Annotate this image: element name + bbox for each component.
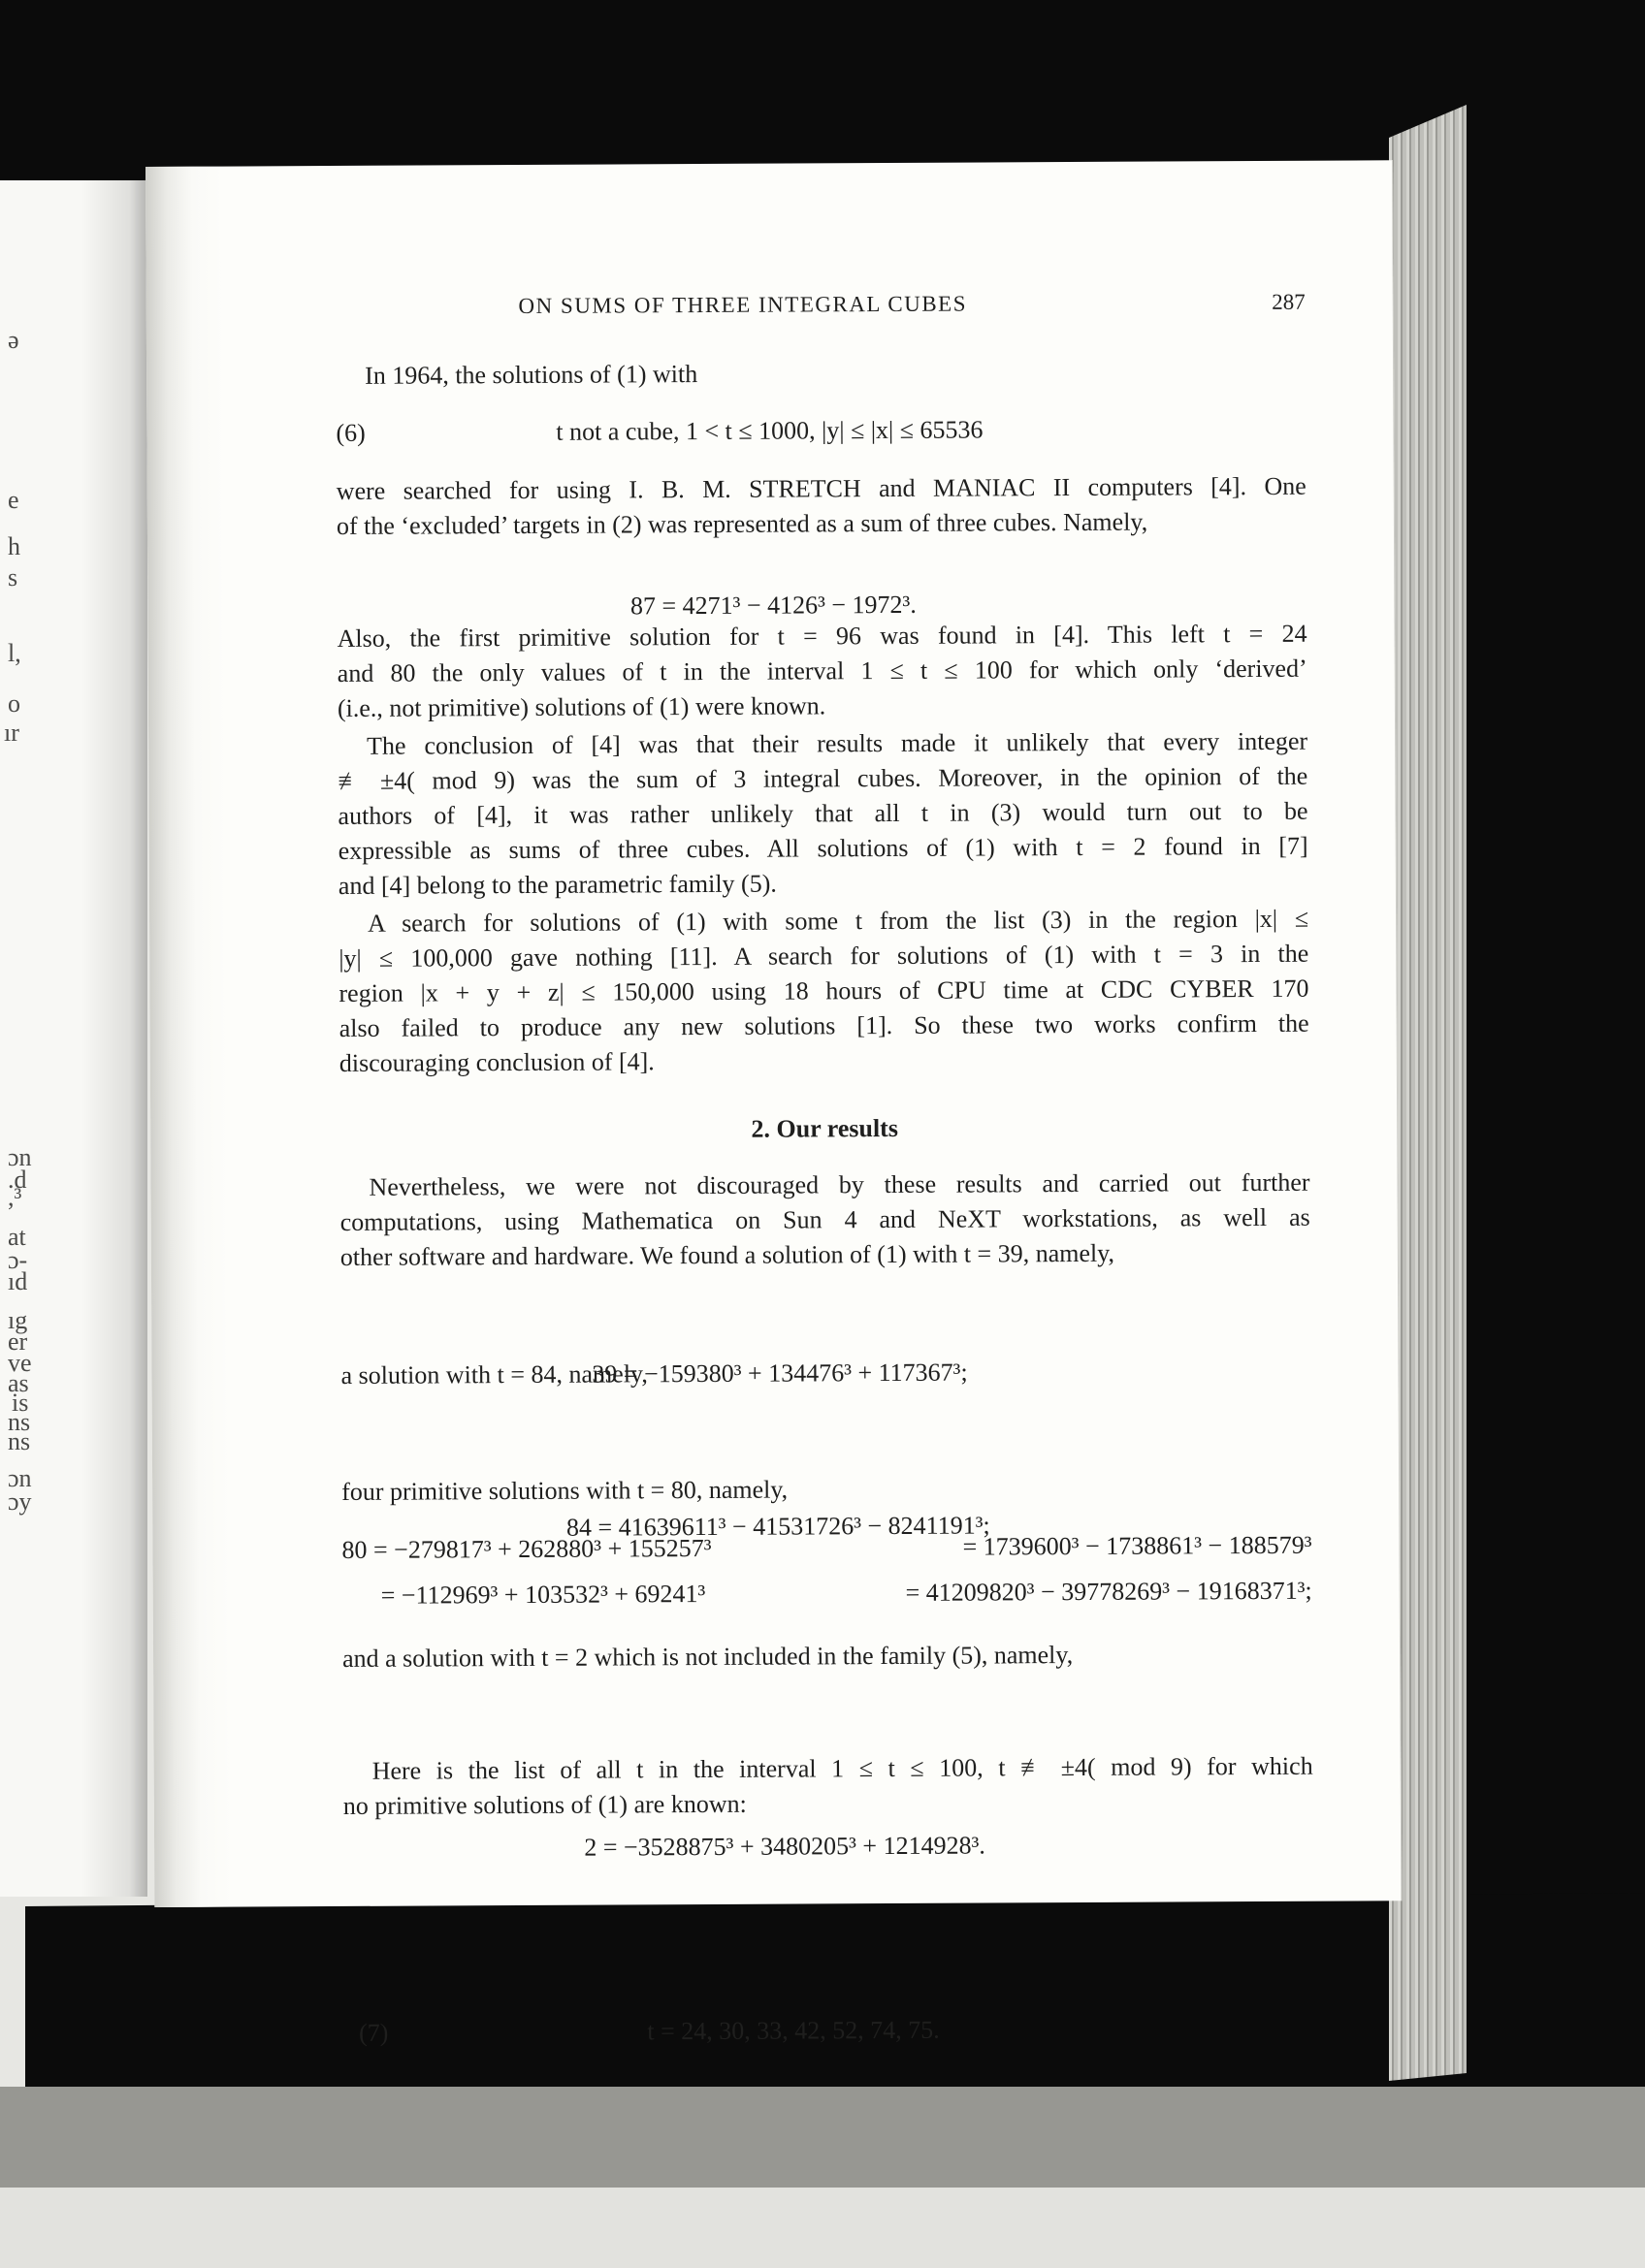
paragraph: four primitive solutions with t = 80, na…	[341, 1470, 1311, 1510]
paragraph: In 1964, the solutions of (1) with	[336, 354, 1306, 394]
paragraph-line: also failed to produce any new solutions…	[339, 1006, 1309, 1046]
margin-text-fragment: ə	[8, 328, 19, 353]
paragraph-line: Here is the list of all t in the interva…	[343, 1749, 1313, 1789]
paragraph-line: and a solution with t = 2 which is not i…	[342, 1637, 1312, 1677]
equation-left: 80 = −279817³ + 262880³ + 155257³	[341, 1525, 711, 1573]
equation-row: 80 = −279817³ + 262880³ + 155257³ = 1739…	[341, 1522, 1311, 1573]
margin-text-fragment: ns	[8, 1429, 30, 1454]
paragraph: Also, the first primitive solution for t…	[337, 617, 1307, 726]
equation-body: t = 24, 30, 33, 42, 52, 74, 75.	[344, 2011, 1314, 2051]
paragraph: and a solution with t = 2 which is not i…	[342, 1637, 1312, 1677]
paragraph: Here is the list of all t in the interva…	[343, 1749, 1313, 1824]
scanner-background-right	[1461, 0, 1645, 2089]
scanned-page-canvas: ə e h s l, o ır ɔn .d ,³ at ɔ- ıd ıg er …	[0, 0, 1645, 2268]
paragraph-line: other software and hardware. We found a …	[340, 1235, 1310, 1275]
equation-row: = −112969³ + 103532³ + 69241³ = 41209820…	[342, 1568, 1312, 1618]
paragraph-line: ≢ ±4( mod 9) was the sum of 3 integral c…	[338, 759, 1307, 799]
paragraph-line: and [4] belong to the parametric family …	[339, 864, 1308, 904]
margin-text-fragment: ır	[4, 720, 19, 746]
book-page: ON SUMS OF THREE INTEGRAL CUBES 287 In 1…	[145, 160, 1402, 1907]
equation-label: (6)	[336, 416, 366, 451]
equation-left: = −112969³ + 103532³ + 69241³	[342, 1571, 706, 1618]
paragraph-line: The conclusion of [4] was that their res…	[338, 724, 1307, 764]
paragraph-line: four primitive solutions with t = 80, na…	[341, 1470, 1311, 1510]
paragraph-line: a solution with t = 84, namely,	[340, 1354, 1310, 1393]
equation-80-group: 80 = −279817³ + 262880³ + 155257³ = 1739…	[341, 1522, 1311, 1618]
margin-text-fragment: ıd	[8, 1269, 27, 1294]
equation-right: = 1739600³ − 1738861³ − 188579³	[962, 1522, 1311, 1570]
section-heading: 2. Our results	[339, 1108, 1435, 1149]
paragraph: were searched for using I. B. M. STRETCH…	[337, 469, 1306, 544]
paragraph: A search for solutions of (1) with some …	[339, 902, 1309, 1081]
page-number: 287	[1272, 285, 1306, 320]
paragraph-line: computations, using Mathematica on Sun 4…	[340, 1200, 1310, 1240]
equation-body: 2 = −3528875³ + 3480205³ + 1214928³.	[343, 1827, 1313, 1867]
paragraph: a solution with t = 84, namely,	[340, 1354, 1310, 1393]
paragraph: Nevertheless, we were not discouraged by…	[339, 1166, 1310, 1275]
equation-7: (7) t = 24, 30, 33, 42, 52, 74, 75.	[344, 2011, 1314, 2051]
paragraph-line: (i.e., not primitive) solutions of (1) w…	[338, 687, 1307, 726]
page-header: ON SUMS OF THREE INTEGRAL CUBES 287	[336, 285, 1306, 325]
equation-body: t not a cube, 1 < t ≤ 1000, |y| ≤ |x| ≤ …	[336, 411, 1306, 451]
equation-6: (6) t not a cube, 1 < t ≤ 1000, |y| ≤ |x…	[336, 411, 1306, 451]
margin-text-fragment: o	[8, 691, 20, 717]
paragraph: The conclusion of [4] was that their res…	[338, 724, 1308, 904]
scan-bottom-gray-band	[0, 2087, 1645, 2188]
running-title: ON SUMS OF THREE INTEGRAL CUBES	[336, 285, 1306, 325]
paragraph-line: |y| ≤ 100,000 gave nothing [11]. A searc…	[339, 937, 1308, 976]
margin-text-fragment: ,³	[8, 1185, 21, 1210]
equation-label: (7)	[359, 2016, 389, 2051]
paragraph-line: Also, the first primitive solution for t…	[337, 617, 1306, 656]
paragraph-line: discouraging conclusion of [4].	[339, 1041, 1309, 1081]
margin-text-fragment: l,	[8, 641, 21, 666]
paragraph-line: region |x + y + z| ≤ 150,000 using 18 ho…	[339, 972, 1308, 1011]
paragraph-line: of the ‘excluded’ targets in (2) was rep…	[337, 504, 1306, 544]
margin-text-fragment: h	[8, 534, 20, 559]
paragraph-line: no primitive solutions of (1) are known:	[343, 1784, 1313, 1824]
previous-page-edge	[0, 180, 147, 1897]
margin-text-fragment: ɔy	[8, 1489, 32, 1515]
paragraph-line: expressible as sums of three cubes. All …	[339, 829, 1308, 869]
equation-right: = 41209820³ − 39778269³ − 19168371³;	[905, 1568, 1311, 1615]
margin-text-fragment: s	[8, 565, 17, 591]
scan-bottom-light-band	[0, 2188, 1645, 2268]
paragraph-line: and 80 the only values of t in the inter…	[338, 652, 1307, 691]
page-content: ON SUMS OF THREE INTEGRAL CUBES 287 In 1…	[335, 161, 1306, 375]
paragraph-line: were searched for using I. B. M. STRETCH…	[337, 469, 1306, 509]
paragraph-line: authors of [4], it was rather unlikely t…	[338, 794, 1307, 834]
paragraph-line: A search for solutions of (1) with some …	[339, 902, 1308, 942]
margin-text-fragment: e	[8, 488, 19, 513]
paragraph-line: In 1964, the solutions of (1) with	[336, 354, 1306, 394]
paragraph-line: Nevertheless, we were not discouraged by…	[339, 1166, 1309, 1205]
equation-2: 2 = −3528875³ + 3480205³ + 1214928³.	[343, 1827, 1313, 1867]
